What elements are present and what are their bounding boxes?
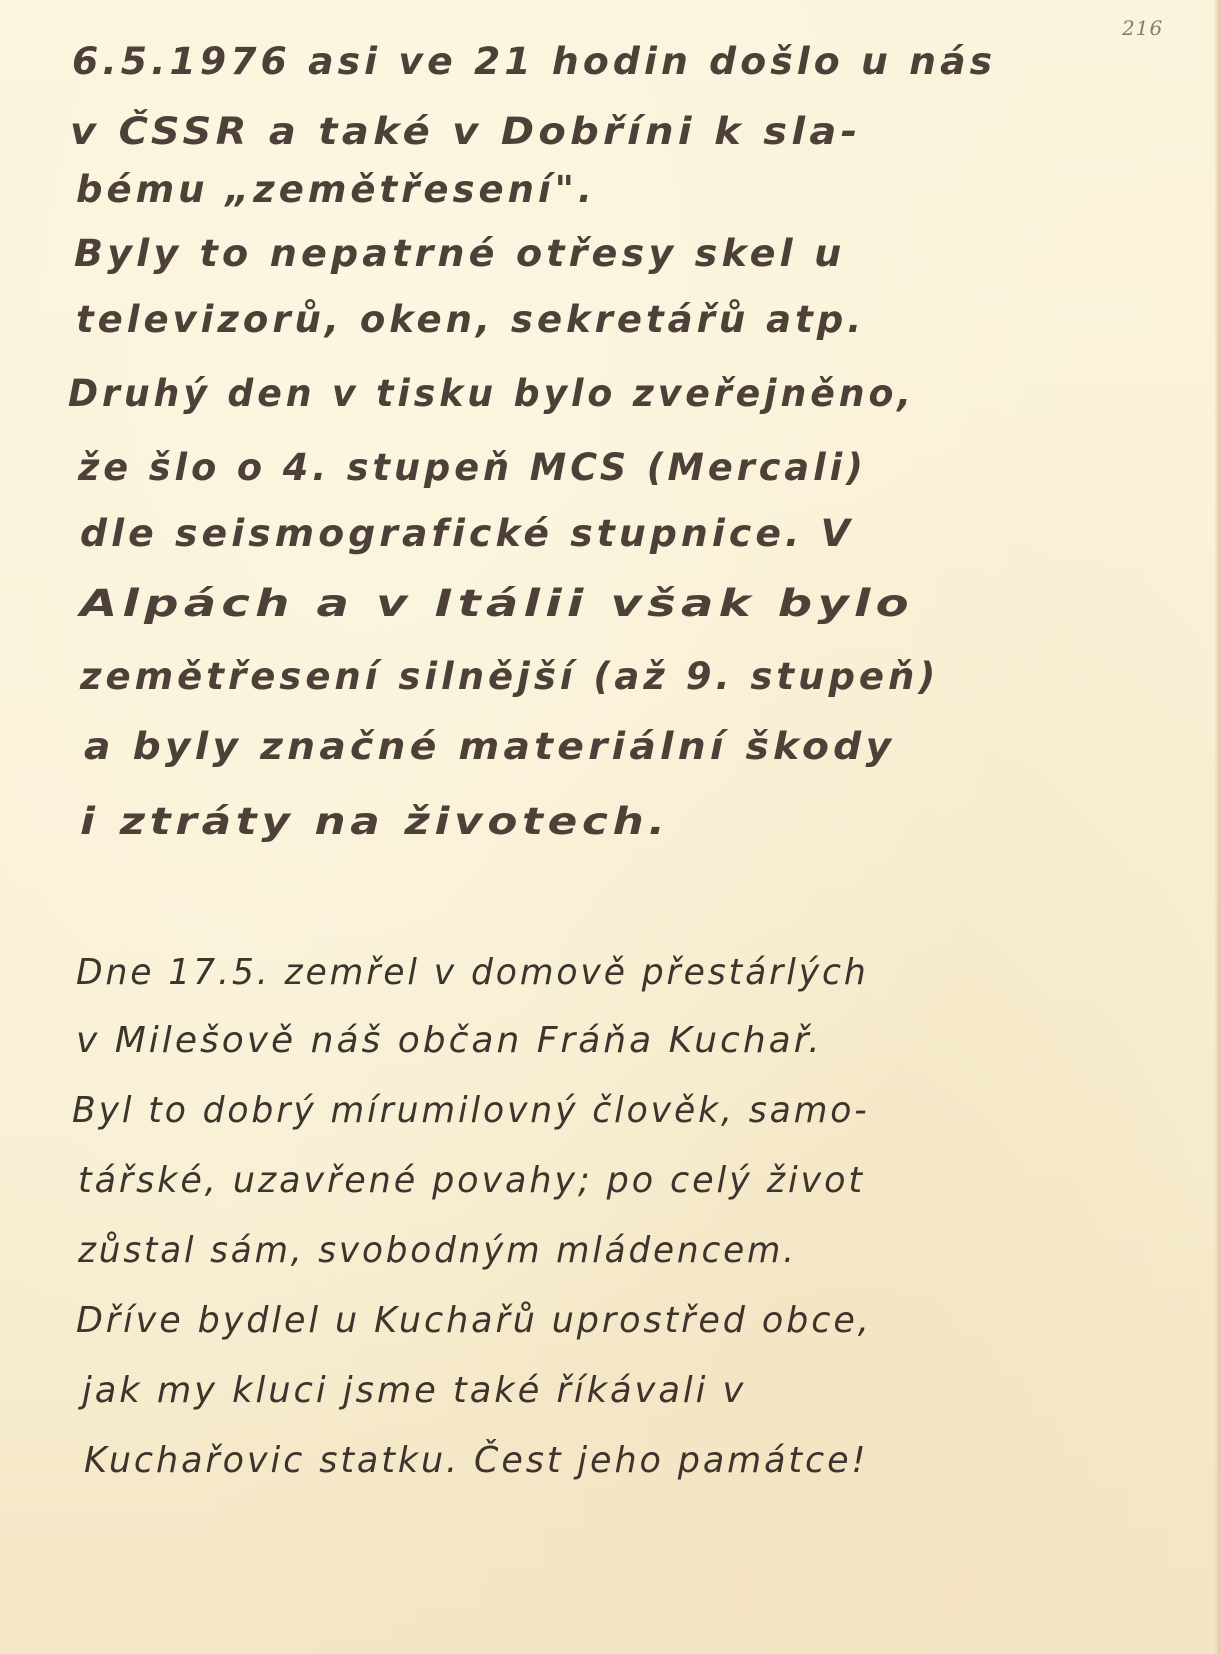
text-line: zůstal sám, svobodným mládencem.	[78, 1230, 797, 1271]
text-line: v Milešově náš občan Fráňa Kuchař.	[76, 1020, 823, 1061]
page-number: 216	[1122, 16, 1163, 40]
text-line: že šlo o 4. stupeň MCS (Mercali)	[78, 446, 867, 489]
text-line: i ztráty na životech.	[80, 800, 670, 843]
text-line: televizorů, oken, sekretářů atp.	[76, 298, 865, 341]
text-line: bému „zemětřesení".	[76, 168, 596, 211]
text-line: tářské, uzavřené povahy; po celý život	[78, 1160, 865, 1201]
text-line: jak my kluci jsme také říkávali v	[82, 1370, 746, 1411]
text-line: Dříve bydlel u Kuchařů uprostřed obce,	[76, 1300, 872, 1341]
text-line: zemětřesení silnější (až 9. stupeň)	[80, 655, 939, 698]
text-line: Byly to nepatrné otřesy skel u	[74, 232, 845, 275]
text-line: v ČSSR a také v Dobříni k sla-	[70, 110, 862, 153]
text-line: a byly značné materiální škody	[84, 725, 895, 768]
text-line: Kuchařovic statku. Čest jeho památce!	[84, 1440, 868, 1481]
handwritten-chronicle-page: 216 6.5.1976 asi ve 21 hodin došlo u nás…	[0, 0, 1220, 1654]
text-line: Druhý den v tisku bylo zveřejněno,	[68, 372, 915, 415]
text-line: Byl to dobrý mírumilovný člověk, samo-	[72, 1090, 870, 1131]
text-line: dle seismografické stupnice. V	[80, 512, 854, 555]
page-edge	[1214, 0, 1220, 1654]
text-line: Dne 17.5. zemřel v domově přestárlých	[76, 952, 869, 993]
text-line: 6.5.1976 asi ve 21 hodin došlo u nás	[72, 40, 996, 83]
text-line: Alpách a v Itálii však bylo	[80, 582, 914, 625]
